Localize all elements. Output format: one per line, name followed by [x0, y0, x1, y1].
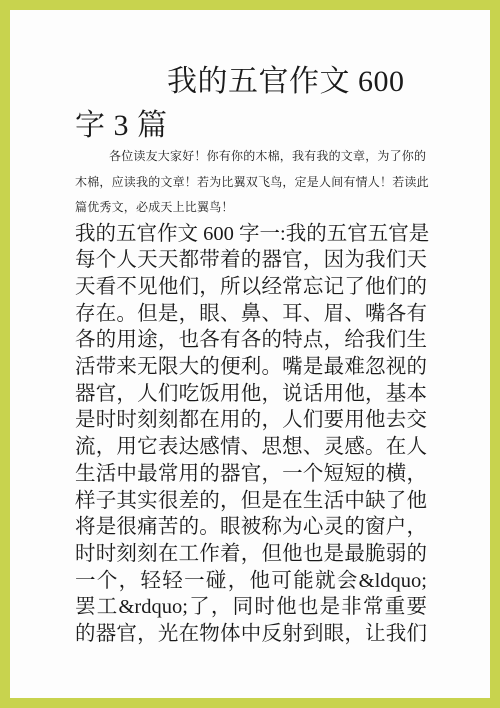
article-line: 各的用途，也各有各的特点，给我们生 — [75, 327, 427, 354]
article-line: 时时刻刻在工作着，但他也是最脆弱的 — [75, 541, 427, 568]
article-line: 每个人天天都带着的器官，因为我们天 — [75, 247, 427, 274]
article-line: 器官，人们吃饭用他，说话用他，基本 — [75, 381, 427, 408]
intro-line: 篇优秀文，必成天上比翼鸟！ — [75, 195, 427, 221]
article-line: 是时时刻刻都在用的，人们要用他去交 — [75, 407, 427, 434]
article-body: 我的五官作文 600 字一:我的五官五官是 每个人天天都带着的器官，因为我们天 … — [75, 221, 427, 648]
title-line: 字 3 篇 — [75, 104, 427, 148]
article-line: 将是很痛苦的。眼被称为心灵的窗户， — [75, 514, 427, 541]
article-line: 一个，轻轻一碰，他可能就会&ldquo; — [75, 568, 427, 595]
article-line: 流，用它表达感情、思想、灵感。在人 — [75, 434, 427, 461]
intro-line: 木棉，应读我的文章！若为比翼双飞鸟，定是人间有情人！若读此 — [75, 170, 427, 196]
article-line: 天看不见他们，所以经常忘记了他们的 — [75, 274, 427, 301]
intro-paragraph: 各位读友大家好！你有你的木棉，我有我的文章，为了你的 木棉，应读我的文章！若为比… — [75, 144, 427, 221]
intro-line: 各位读友大家好！你有你的木棉，我有我的文章，为了你的 — [75, 144, 427, 170]
article-line: 存在。但是，眼、鼻、耳、眉、嘴各有 — [75, 301, 427, 328]
article-line: 样子其实很差的，但是在生活中缺了他 — [75, 488, 427, 515]
article-line: 的器官，光在物体中反射到眼，让我们 — [75, 621, 427, 648]
page-content: 我的五官作文 600 字 3 篇 各位读友大家好！你有你的木棉，我有我的文章，为… — [10, 10, 490, 698]
article-line: 罢工&rdquo;了，同时他也是非常重要 — [75, 594, 427, 621]
document-page: 我的五官作文 600 字 3 篇 各位读友大家好！你有你的木棉，我有我的文章，为… — [0, 0, 500, 708]
article-line: 我的五官作文 600 字一:我的五官五官是 — [75, 221, 427, 248]
document-title: 我的五官作文 600 字 3 篇 — [75, 60, 427, 148]
article-line: 生活中最常用的器官，一个短短的横， — [75, 461, 427, 488]
article-line: 活带来无限大的便利。嘴是最难忽视的 — [75, 354, 427, 381]
title-line: 我的五官作文 600 — [75, 60, 427, 104]
